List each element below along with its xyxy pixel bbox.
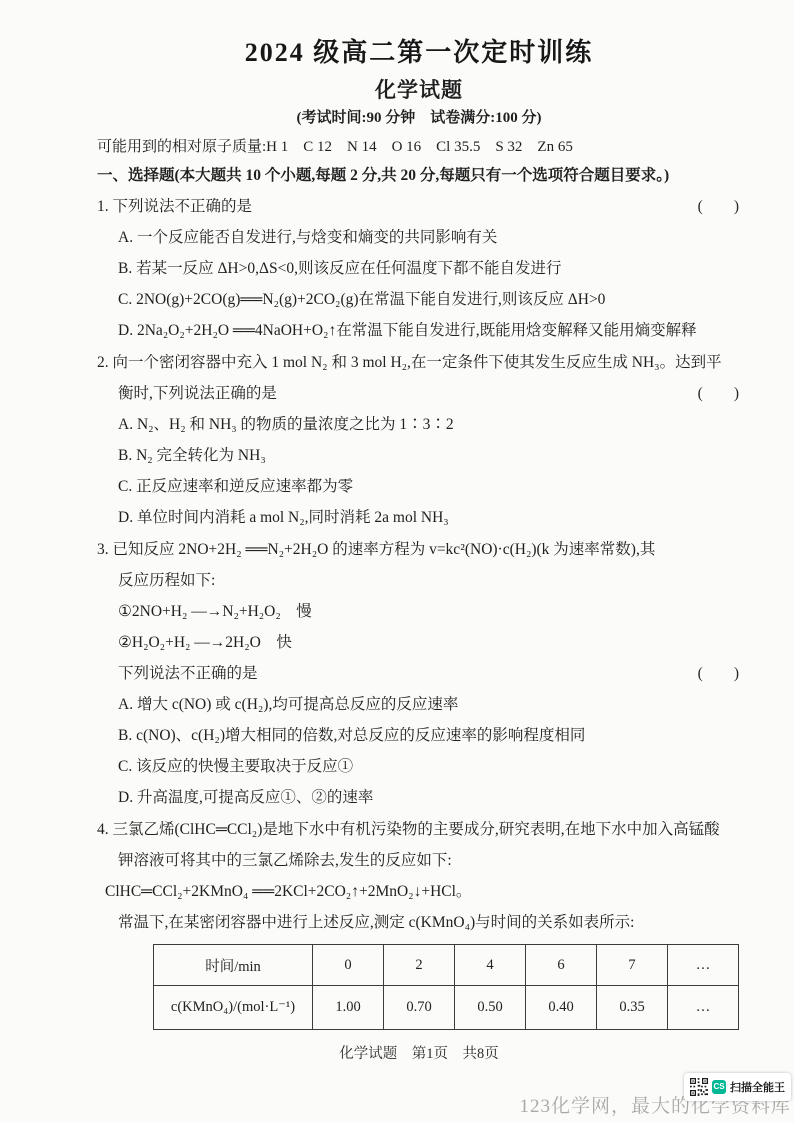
table-cell: 1.00 [313, 986, 384, 1030]
question-1: 1. 下列说法不正确的是 ( ) A. 一个反应能否自发进行,与焓变和熵变的共同… [97, 191, 741, 346]
page-footer: 化学试题 第1页 共8页 [97, 1042, 741, 1063]
question-4: 4. 三氯乙烯(ClHC═CCl₂)是地下水中有机污染物的主要成分,研究表明,在… [97, 814, 741, 1030]
table-cell: 6 [526, 945, 597, 986]
question-3-option-c: C. 该反应的快慢主要取决于反应① [97, 751, 741, 782]
question-2-option-c: C. 正反应速率和逆反应速率都为零 [97, 471, 741, 502]
exam-paper-page: 2024 级高二第一次定时训练 化学试题 (考试时间:90 分钟 试卷满分:10… [0, 0, 794, 1123]
section-header: 一、选择题(本大题共 10 个小题,每题 2 分,共 20 分,每题只有一个选项… [97, 161, 741, 190]
question-4-note: 常温下,在某密闭容器中进行上述反应,测定 c(KMnO₄)与时间的关系如表所示: [97, 907, 741, 938]
question-1-option-d: D. 2Na₂O₂+2H₂O ══4NaOH+O₂↑在常温下能自发进行,既能用焓… [97, 315, 741, 346]
question-1-answer-bracket: ( ) [698, 191, 741, 222]
question-2: 2. 向一个密闭容器中充入 1 mol N₂ 和 3 mol H₂,在一定条件下… [97, 347, 741, 533]
table-cell: 0.50 [455, 986, 526, 1030]
table-cell: 0.40 [526, 986, 597, 1030]
table-cell: 0 [313, 945, 384, 986]
table-cell: 2 [384, 945, 455, 986]
table-cell: 4 [455, 945, 526, 986]
question-3-mechanism-step-2: ②H₂O₂+H₂ —→2H₂O 快 [97, 627, 741, 658]
table-cell: 0.35 [597, 986, 668, 1030]
question-2-option-b: B. N₂ 完全转化为 NH₃ [97, 440, 741, 471]
question-1-option-b: B. 若某一反应 ΔH>0,ΔS<0,则该反应在任何温度下都不能自发进行 [97, 253, 741, 284]
question-4-stem-line2: 钾溶液可将其中的三氯乙烯除去,发生的反应如下: [97, 845, 741, 876]
qr-code-icon [690, 1078, 708, 1096]
camscanner-label: 扫描全能王 [730, 1079, 785, 1095]
page-content: 2024 级高二第一次定时训练 化学试题 (考试时间:90 分钟 试卷满分:10… [97, 36, 741, 1063]
question-2-option-d: D. 单位时间内消耗 a mol N₂,同时消耗 2a mol NH₃ [97, 502, 741, 533]
kmno4-concentration-table: 时间/min 0 2 4 6 7 … c(KMnO₄)/(mol·L⁻¹) 1.… [153, 944, 739, 1030]
camscanner-badge: CS 扫描全能王 [684, 1073, 791, 1101]
question-3-stem-line1: 3. 已知反应 2NO+2H₂ ══N₂+2H₂O 的速率方程为 v=kc²(N… [97, 534, 741, 565]
question-4-reaction-equation: ClHC═CCl₂+2KMnO₄ ══2KCl+2CO₂↑+2MnO₂↓+HCl… [97, 876, 741, 907]
table-cell: … [668, 945, 739, 986]
question-2-stem-line1: 2. 向一个密闭容器中充入 1 mol N₂ 和 3 mol H₂,在一定条件下… [97, 347, 741, 378]
table-row-time: 时间/min 0 2 4 6 7 … [154, 945, 739, 986]
question-3-option-a: A. 增大 c(NO) 或 c(H₂),均可提高总反应的反应速率 [97, 689, 741, 720]
exam-info: (考试时间:90 分钟 试卷满分:100 分) [97, 106, 741, 131]
atomic-masses: 可能用到的相对原子质量:H 1 C 12 N 14 O 16 Cl 35.5 S… [97, 134, 741, 161]
question-3-option-d: D. 升高温度,可提高反应①、②的速率 [97, 782, 741, 813]
question-4-stem-line1: 4. 三氯乙烯(ClHC═CCl₂)是地下水中有机污染物的主要成分,研究表明,在… [97, 814, 741, 845]
question-3-mechanism-step-1: ①2NO+H₂ —→N₂+H₂O₂ 慢 [97, 596, 741, 627]
question-2-answer-bracket: ( ) [698, 378, 741, 409]
table-row-concentration: c(KMnO₄)/(mol·L⁻¹) 1.00 0.70 0.50 0.40 0… [154, 986, 739, 1030]
question-3-ask: 下列说法不正确的是 [118, 658, 258, 689]
exam-title: 2024 级高二第一次定时训练 [97, 36, 741, 70]
question-1-option-a: A. 一个反应能否自发进行,与焓变和熵变的共同影响有关 [97, 222, 741, 253]
table-cell: 0.70 [384, 986, 455, 1030]
question-1-option-c: C. 2NO(g)+2CO(g)══N₂(g)+2CO₂(g)在常温下能自发进行… [97, 284, 741, 315]
table-cell: … [668, 986, 739, 1030]
question-3-option-b: B. c(NO)、c(H₂)增大相同的倍数,对总反应的反应速率的影响程度相同 [97, 720, 741, 751]
question-2-option-a: A. N₂、H₂ 和 NH₃ 的物质的量浓度之比为 1∶3∶2 [97, 409, 741, 440]
question-3-answer-bracket: ( ) [698, 658, 741, 689]
question-2-stem-line2: 衡时,下列说法正确的是 [118, 378, 277, 409]
table-cell: c(KMnO₄)/(mol·L⁻¹) [154, 986, 313, 1030]
exam-subject: 化学试题 [97, 75, 741, 105]
question-3-stem-line2: 反应历程如下: [97, 565, 741, 596]
question-1-stem: 1. 下列说法不正确的是 [97, 191, 252, 222]
camscanner-logo: CS [712, 1080, 726, 1094]
table-cell: 时间/min [154, 945, 313, 986]
table-cell: 7 [597, 945, 668, 986]
question-3: 3. 已知反应 2NO+2H₂ ══N₂+2H₂O 的速率方程为 v=kc²(N… [97, 534, 741, 813]
